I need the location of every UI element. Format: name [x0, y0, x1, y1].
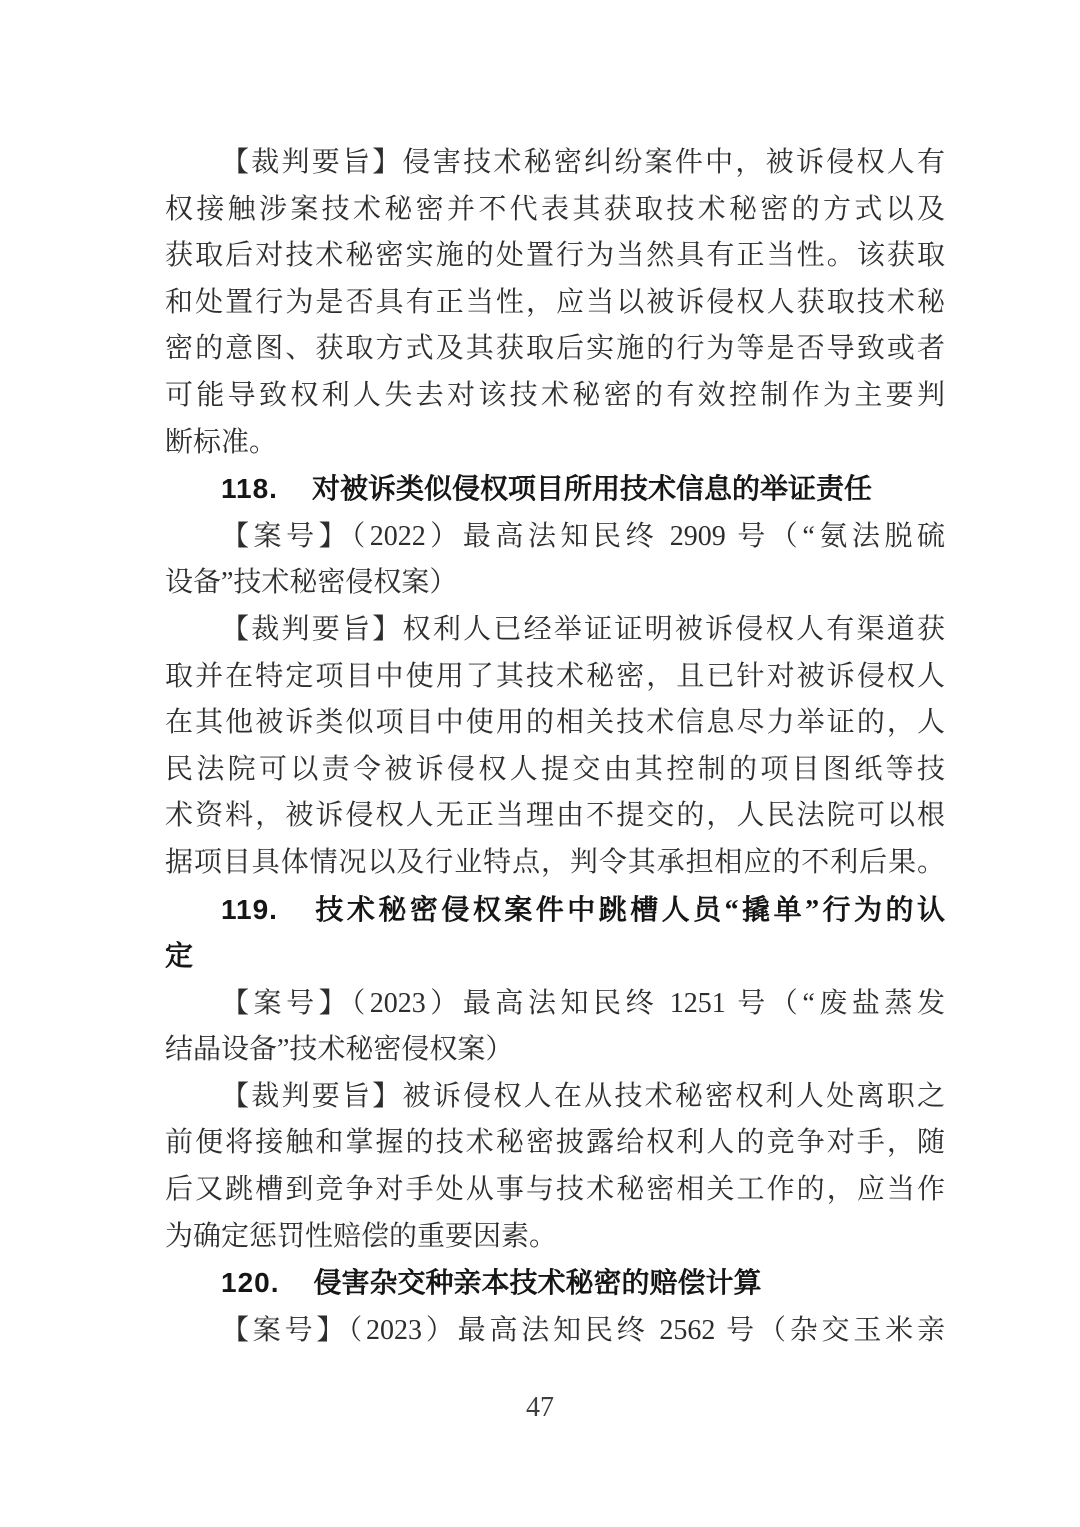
case-heading-120: 120.侵害杂交种亲本技术秘密的赔偿计算 [165, 1260, 945, 1308]
text-line: 和处置行为是否具有正当性，应当以被诉侵权人获取技术秘 [165, 280, 945, 327]
case-118: 118.对被诉类似侵权项目所用技术信息的举证责任 【案号】（2022）最高法知民… [165, 466, 945, 886]
case-number-line: 【案号】（2023）最高法知民终 1251 号（“废盐蒸发 [165, 981, 945, 1028]
text-line: 民法院可以责令被诉侵权人提交由其控制的项目图纸等技 [165, 747, 945, 794]
case-heading-number: 120. [221, 1267, 280, 1298]
text-line: 在其他被诉类似项目中使用的相关技术信息尽力举证的，人 [165, 700, 945, 747]
page-text: 【裁判要旨】侵害技术秘密纠纷案件中，被诉侵权人有 权接触涉案技术秘密并不代表其获… [165, 140, 945, 1354]
judgment-summary-prev-case: 【裁判要旨】侵害技术秘密纠纷案件中，被诉侵权人有 权接触涉案技术秘密并不代表其获… [165, 140, 945, 466]
text-line: 术资料，被诉侵权人无正当理由不提交的，人民法院可以根 [165, 793, 945, 840]
text-line: 密的意图、获取方式及其获取后实施的行为等是否导致或者 [165, 326, 945, 373]
text-line: 【裁判要旨】侵害技术秘密纠纷案件中，被诉侵权人有 [165, 140, 945, 187]
case-heading-118: 118.对被诉类似侵权项目所用技术信息的举证责任 [165, 466, 945, 514]
document-page: 【裁判要旨】侵害技术秘密纠纷案件中，被诉侵权人有 权接触涉案技术秘密并不代表其获… [0, 0, 1080, 1527]
case-heading-title: 对被诉类似侵权项目所用技术信息的举证责任 [312, 474, 872, 505]
case-heading-119-continuation: 定 [165, 934, 945, 981]
text-line: 可能导致权利人失去对该技术秘密的有效控制作为主要判 [165, 373, 945, 420]
text-line: 为确定惩罚性赔偿的重要因素。 [165, 1214, 945, 1261]
case-number-line: 【案号】（2023）最高法知民终 2562 号（杂交玉米亲 [165, 1308, 945, 1355]
text-line: 据项目具体情况以及行业特点，判令其承担相应的不利后果。 [165, 840, 945, 887]
case-119: 119.技术秘密侵权案件中跳槽人员“撬单”行为的认 定 【案号】（2023）最高… [165, 887, 945, 1261]
page-number: 47 [0, 1392, 1080, 1424]
text-line: 权接触涉案技术秘密并不代表其获取技术秘密的方式以及 [165, 187, 945, 234]
text-line: 断标准。 [165, 420, 945, 467]
case-number-line: 设备”技术秘密侵权案） [165, 560, 945, 607]
text-line: 取并在特定项目中使用了其技术秘密，且已针对被诉侵权人 [165, 654, 945, 701]
text-line: 【裁判要旨】被诉侵权人在从技术秘密权利人处离职之 [165, 1074, 945, 1121]
text-line: 【裁判要旨】权利人已经举证证明被诉侵权人有渠道获 [165, 607, 945, 654]
case-heading-title: 侵害杂交种亲本技术秘密的赔偿计算 [314, 1268, 762, 1299]
text-line: 获取后对技术秘密实施的处置行为当然具有正当性。该获取 [165, 233, 945, 280]
case-heading-number: 119. [221, 894, 278, 925]
text-line: 后又跳槽到竞争对手处从事与技术秘密相关工作的，应当作 [165, 1167, 945, 1214]
case-heading-number: 118. [221, 473, 278, 504]
case-120: 120.侵害杂交种亲本技术秘密的赔偿计算 【案号】（2023）最高法知民终 25… [165, 1260, 945, 1354]
case-number-line: 结晶设备”技术秘密侵权案） [165, 1027, 945, 1074]
case-heading-119: 119.技术秘密侵权案件中跳槽人员“撬单”行为的认 [165, 887, 945, 935]
case-heading-title: 技术秘密侵权案件中跳槽人员“撬单”行为的认 [312, 895, 945, 926]
text-line: 前便将接触和掌握的技术秘密披露给权利人的竞争对手，随 [165, 1120, 945, 1167]
case-number-line: 【案号】（2022）最高法知民终 2909 号（“氨法脱硫 [165, 514, 945, 561]
